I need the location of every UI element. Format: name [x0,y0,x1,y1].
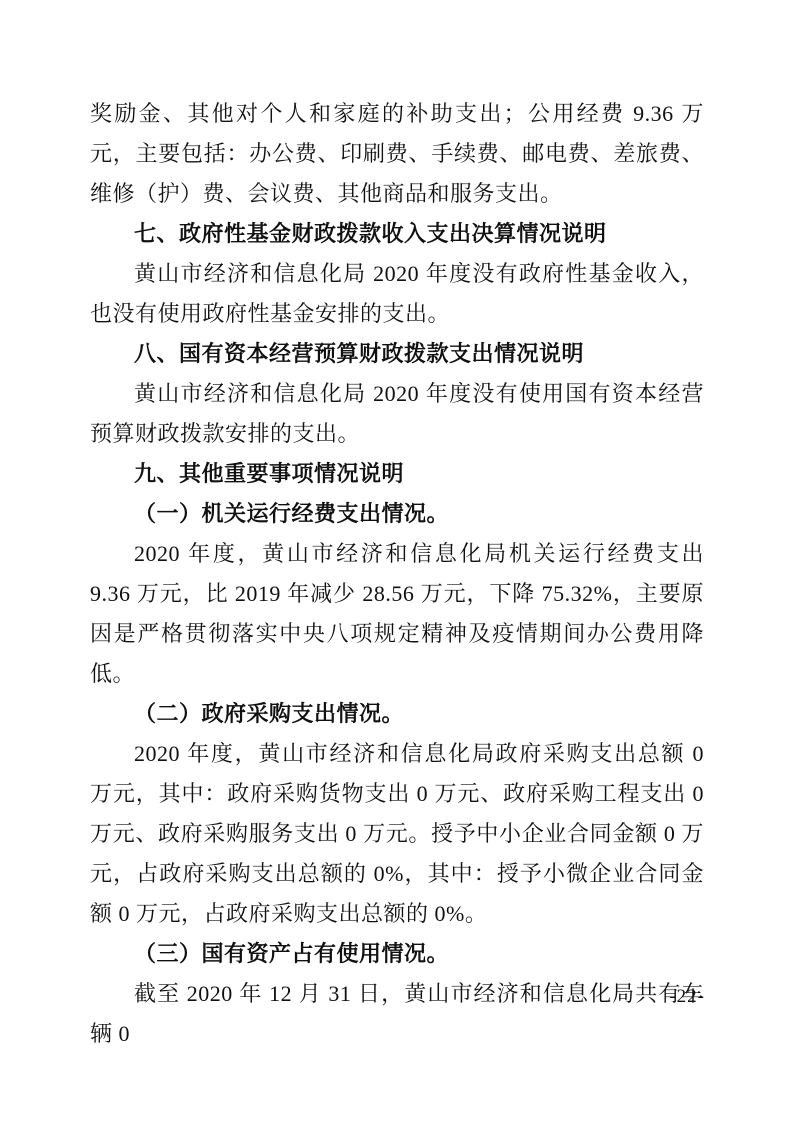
subsection-heading-1: （一）机关运行经费支出情况。 [90,494,704,534]
subsection-heading-2: （二）政府采购支出情况。 [90,694,704,734]
paragraph: 2020 年度，黄山市经济和信息化局机关运行经费支出 9.36 万元，比 201… [90,534,704,694]
paragraph: 2020 年度，黄山市经济和信息化局政府采购支出总额 0 万元，其中：政府采购货… [90,734,704,934]
document-body: 奖励金、其他对个人和家庭的补助支出；公用经费 9.36 万元，主要包括：办公费、… [90,94,704,1054]
section-heading-7: 七、政府性基金财政拨款收入支出决算情况说明 [90,214,704,254]
section-heading-8: 八、国有资本经营预算财政拨款支出情况说明 [90,334,704,374]
page-number: -22- [669,986,705,1008]
section-heading-9: 九、其他重要事项情况说明 [90,454,704,494]
document-page: 奖励金、其他对个人和家庭的补助支出；公用经费 9.36 万元，主要包括：办公费、… [0,0,793,1122]
subsection-heading-3: （三）国有资产占有使用情况。 [90,934,704,974]
paragraph-continuation: 奖励金、其他对个人和家庭的补助支出；公用经费 9.36 万元，主要包括：办公费、… [90,94,704,214]
paragraph: 截至 2020 年 12 月 31 日，黄山市经济和信息化局共有车辆 0 [90,974,704,1054]
paragraph: 黄山市经济和信息化局 2020 年度没有使用国有资本经营预算财政拨款安排的支出。 [90,374,704,454]
paragraph: 黄山市经济和信息化局 2020 年度没有政府性基金收入，也没有使用政府性基金安排… [90,254,704,334]
